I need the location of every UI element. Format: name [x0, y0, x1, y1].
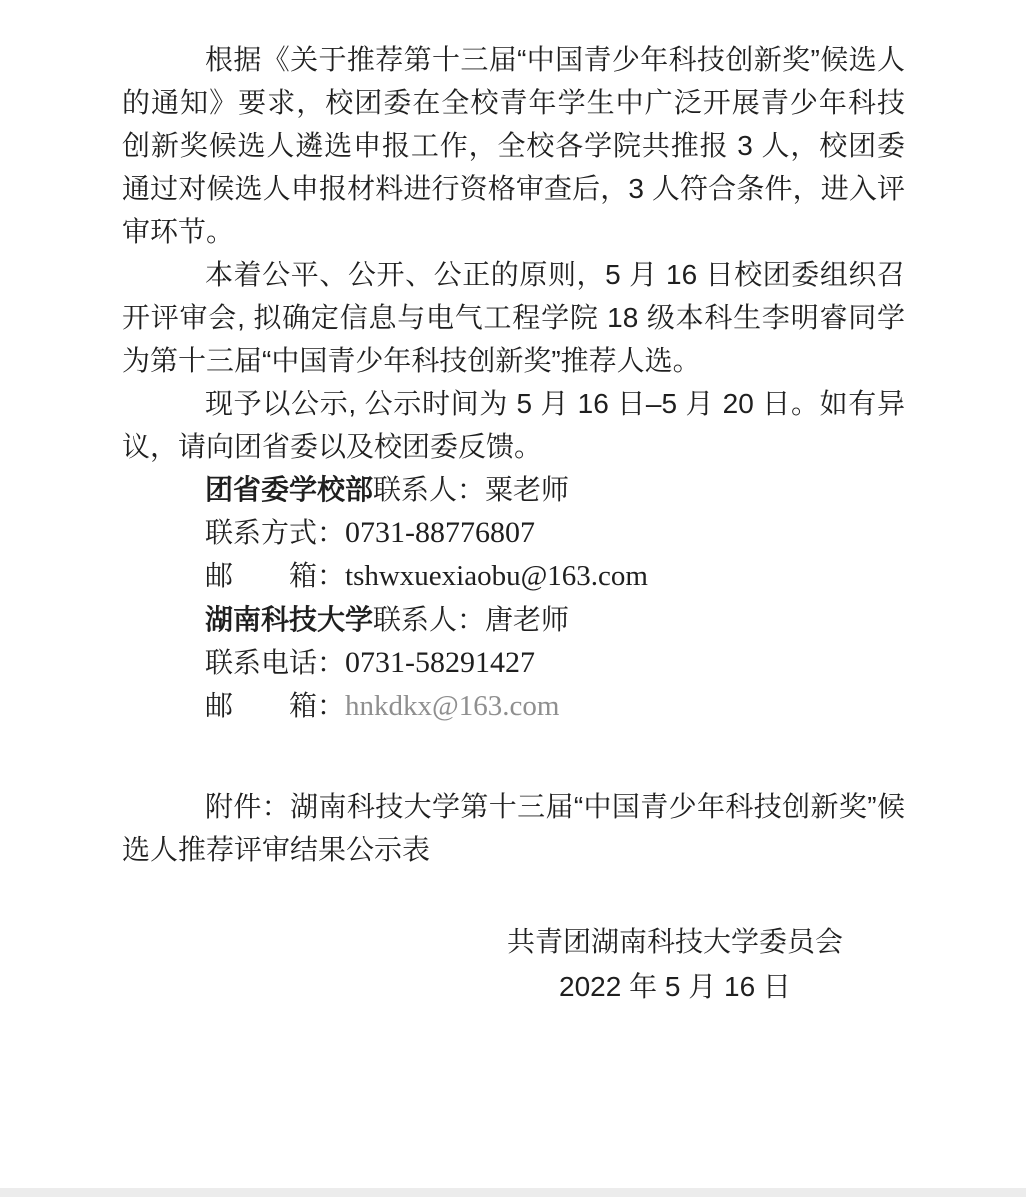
contact-provincial-org-line: 团省委学校部联系人：粟老师 — [122, 468, 905, 511]
university-phone-number: 0731-58291427 — [345, 646, 535, 679]
provincial-org-name: 团省委学校部 — [205, 474, 373, 505]
paragraph-review: 本着公平、公开、公正的原则，5 月 16 日校团委组织召开评审会, 拟确定信息与… — [122, 253, 905, 382]
university-phone-label: 联系电话： — [205, 647, 345, 678]
signature-date: 2022 年 5 月 16 日 — [507, 964, 843, 1009]
provincial-email-address: tshwxuexiaobu@163.com — [345, 560, 648, 592]
university-email-address: hnkdkx@163.com — [345, 690, 559, 722]
provincial-contact-person: 联系人：粟老师 — [373, 474, 569, 505]
signature-block: 共青团湖南科技大学委员会 2022 年 5 月 16 日 — [507, 919, 843, 1009]
paragraph-publicity-period: 现予以公示, 公示时间为 5 月 16 日–5 月 20 日。如有异议，请向团省… — [122, 382, 905, 468]
page-bottom-edge — [0, 1188, 1026, 1197]
signature-organization: 共青团湖南科技大学委员会 — [507, 919, 843, 964]
university-phone-line: 联系电话：0731-58291427 — [122, 641, 905, 684]
provincial-phone-number: 0731-88776807 — [345, 516, 535, 549]
announcement-body: 根据《关于推荐第十三届“中国青少年科技创新奖”候选人的通知》要求，校团委在全校青… — [122, 38, 905, 1009]
contact-university-org-line: 湖南科技大学联系人：唐老师 — [122, 598, 905, 641]
provincial-phone-line: 联系方式：0731-88776807 — [122, 511, 905, 554]
university-email-line: 邮 箱：hnkdkx@163.com — [122, 684, 905, 728]
document-page: 根据《关于推荐第十三届“中国青少年科技创新奖”候选人的通知》要求，校团委在全校青… — [0, 0, 1026, 1197]
provincial-phone-label: 联系方式： — [205, 517, 345, 548]
paragraph-intro: 根据《关于推荐第十三届“中国青少年科技创新奖”候选人的通知》要求，校团委在全校青… — [122, 38, 905, 253]
university-contact-person: 联系人：唐老师 — [373, 604, 569, 635]
provincial-email-label: 邮 箱： — [205, 560, 345, 591]
provincial-email-line: 邮 箱：tshwxuexiaobu@163.com — [122, 554, 905, 598]
university-email-label: 邮 箱： — [205, 690, 345, 721]
attachment-reference: 附件：湖南科技大学第十三届“中国青少年科技创新奖”候选人推荐评审结果公示表 — [122, 785, 905, 871]
university-org-name: 湖南科技大学 — [205, 604, 373, 635]
